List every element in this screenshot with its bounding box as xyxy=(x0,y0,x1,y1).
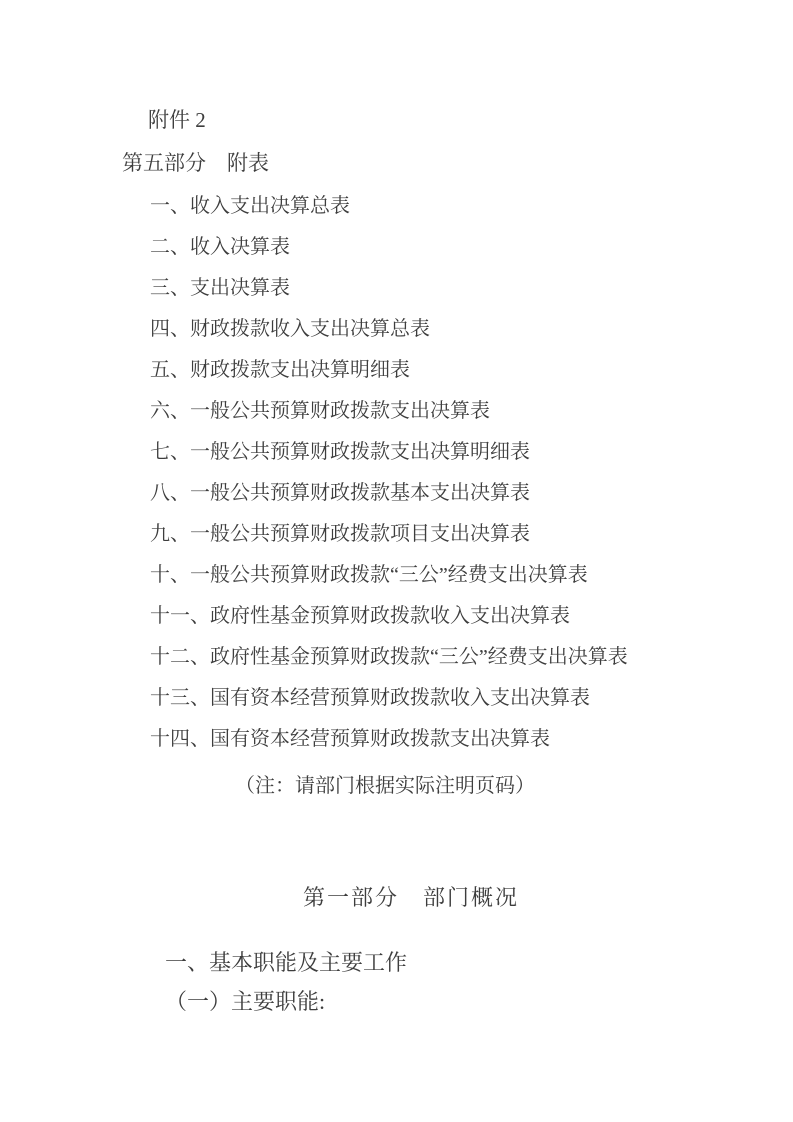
table-list-item: 三、支出决算表 xyxy=(150,268,628,309)
table-list-item: 十、一般公共预算财政拨款“三公”经费支出决算表 xyxy=(150,555,628,596)
page-note: （注：请部门根据实际注明页码） xyxy=(235,769,535,798)
table-list-item: 九、一般公共预算财政拨款项目支出决算表 xyxy=(150,514,628,555)
table-list-item: 十二、政府性基金预算财政拨款“三公”经费支出决算表 xyxy=(150,637,628,678)
table-list-item: 五、财政拨款支出决算明细表 xyxy=(150,350,628,391)
table-list-item: 七、一般公共预算财政拨款支出决算明细表 xyxy=(150,432,628,473)
table-list-item: 十四、国有资本经营预算财政拨款支出决算表 xyxy=(150,719,628,760)
subsection-heading: 一、基本职能及主要工作 xyxy=(165,946,407,977)
table-list-item: 十三、国有资本经营预算财政拨款收入支出决算表 xyxy=(150,678,628,719)
table-list-item: 四、财政拨款收入支出决算总表 xyxy=(150,309,628,350)
subsection-item: （一）主要职能: xyxy=(165,985,325,1016)
table-list-item: 十一、政府性基金预算财政拨款收入支出决算表 xyxy=(150,596,628,637)
document-page: 附件 2 第五部分 附表 一、收入支出决算总表 二、收入决算表 三、支出决算表 … xyxy=(0,0,793,1122)
table-list: 一、收入支出决算总表 二、收入决算表 三、支出决算表 四、财政拨款收入支出决算总… xyxy=(150,186,628,760)
part5-heading: 第五部分 附表 xyxy=(122,147,269,177)
attachment-label: 附件 2 xyxy=(148,104,206,134)
table-list-item: 六、一般公共预算财政拨款支出决算表 xyxy=(150,391,628,432)
table-list-item: 八、一般公共预算财政拨款基本支出决算表 xyxy=(150,473,628,514)
table-list-item: 一、收入支出决算总表 xyxy=(150,186,628,227)
table-list-item: 二、收入决算表 xyxy=(150,227,628,268)
part1-heading: 第一部分 部门概况 xyxy=(303,881,519,912)
